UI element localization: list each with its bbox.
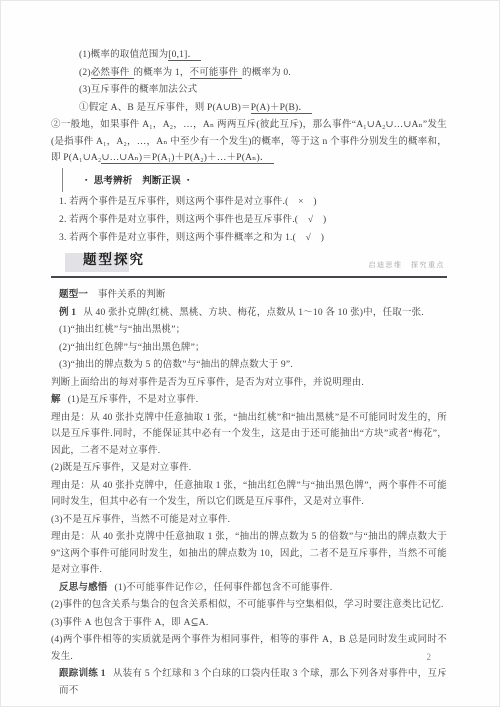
followup-training-line: 跟踪训练 1从装有 5 个红球和 3 个白球的口袋内任取 3 个球，那么下列各对… [51,666,447,699]
knowledge-text: (1)概率的取值范围为 [79,50,168,60]
example-item-1: (1)“抽出红桃”与“抽出黑桃”； [51,322,447,339]
reflection-label: 反思与感悟 [59,583,108,593]
reflection-first-line: 反思与感悟(1)不可能事件记作∅，任何事件都包含不可能事件. [51,580,447,597]
fill-blank-range: [0,1]． [168,50,201,61]
knowledge-line-3: (3)互斥事件的概率加法公式 [51,82,447,99]
knowledge-line-1: (1)概率的取值范围为[0,1]． [51,47,447,64]
knowledge-line-2: (2)必然事件的概率为 1，不可能事件的概率为 0. [51,65,447,82]
judgement-item-1: 1. 若两个事件是互斥事件，则这两个事件是对立事件.( × ) [51,194,447,211]
reflection-item-4: (4)两个事件相等的实质就是两个事件为相同事件，相等的事件 A，B 总是同时发生… [51,632,447,665]
example-line: 例 1从 40 张扑克牌(红桃、黑桃、方块、梅花，点数从 1～10 各 10 张… [51,305,447,322]
section-banner: 题型探究 启迪思维 探究重点 [51,253,447,278]
solution-paragraph-3: 理由是：从 40 张扑克牌中，任意抽取 1 张，“抽出红色牌”与“抽出黑色牌”，… [51,478,447,511]
solution-paragraph-5: 理由是：从 40 张扑克牌中任意抽取 1 张，“抽出的牌点数为 5 的倍数”与“… [51,529,447,579]
reflection-item-2: (2)事件的包含关系与集合的包含关系相似，不可能事件与空集相似，学习时要注意类比… [51,597,447,614]
topic-label: 题型一 [59,290,88,300]
document-page: (1)概率的取值范围为[0,1]． (2)必然事件的概率为 1，不可能事件的概率… [0,0,500,707]
section-subtitle: 启迪思维 探究重点 [369,257,446,274]
knowledge-text: ①假定 A、B 是互斥事件，则 P(A∪B)＝ [79,103,251,113]
solution-paragraph-4: (3)不是互斥事件，当然不可能是对立事件. [51,512,447,529]
fill-blank-impossible-event: 不可能事件 [190,68,243,79]
followup-label: 跟踪训练 1 [59,669,106,679]
example-label: 例 1 [59,308,76,318]
example-item-3: (3)“抽出的牌点数为 5 的倍数”与“抽出的牌点数大于 9”. [51,357,447,374]
section-title: 题型探究 [83,252,145,269]
margin-cursor-line [62,168,63,192]
reflection-item-3: (3)事件 A 也包含于事件 A，即 A⊆A. [51,615,447,632]
judgement-item-3: 3. 若两个事件是对立事件，则这两个事件概率之和为 1.( √ ) [51,230,447,247]
example-question: 判断上面给出的每对事件是否为互斥事件，是否为对立事件，并说明理由. [51,375,447,392]
page-number: 2 [427,652,432,662]
solution-paragraph-2: (2)既是互斥事件，又是对立事件. [51,460,447,477]
topic-title: 事件关系的判断 [98,290,166,300]
square-bullet-icon: ▪ [85,176,88,184]
fill-blank-certain-event: 必然事件 [91,68,134,79]
page-content: (1)概率的取值范围为[0,1]． (2)必然事件的概率为 1，不可能事件的概率… [51,47,447,700]
solution-paragraph-1: 理由是：从 40 张扑克牌中任意抽取 1 张，“抽出红桃”和“抽出黑桃”是不可能… [51,410,447,460]
knowledge-text: (2) [79,68,91,78]
think-check-title: 思考辨析 判断正误 [94,176,181,186]
solution-label: 解 [51,395,61,405]
topic-heading: 题型一 事件关系的判断 [51,287,447,304]
reflection-text: (1)不可能事件记作∅，任何事件都包含不可能事件. [115,583,333,593]
judgement-item-2: 2. 若两个事件是对立事件，则这两个事件也是互斥事件.( √ ) [51,212,447,229]
knowledge-line-4: ①假定 A、B 是互斥事件，则 P(A∪B)＝P(A)＋P(B)． [51,100,447,117]
solution-text: (1)是互斥事件，不是对立事件. [68,395,199,405]
think-check-header: ▪思考辨析 判断正误▪ [51,172,447,190]
fill-blank-formula: P(A)＋P(B)． [251,103,312,114]
followup-text: 从装有 5 个红球和 3 个白球的口袋内任取 3 个球，那么下列各对事件中，互斥… [59,669,447,696]
solution-first-line: 解(1)是互斥事件，不是对立事件. [51,392,447,409]
knowledge-text: 的概率为 1， [134,68,190,78]
example-text: 从 40 张扑克牌(红桃、黑桃、方块、梅花，点数从 1～10 各 10 张)中，… [83,308,424,318]
knowledge-paragraph-general: ②一般地，如果事件 A₁，A₂，…，Aₙ 两两互斥(彼此互斥)，那么事件“A₁∪… [51,117,447,167]
square-bullet-icon: ▪ [187,176,190,184]
fill-blank-sum-formula: ∪…∪Aₙ)＝P(A₁)＋P(A₂)＋…＋P(Aₙ)． [101,153,273,164]
example-item-2: (2)“抽出红色牌”与“抽出黑色牌”； [51,340,447,357]
knowledge-text: 的概率为 0. [242,68,291,78]
